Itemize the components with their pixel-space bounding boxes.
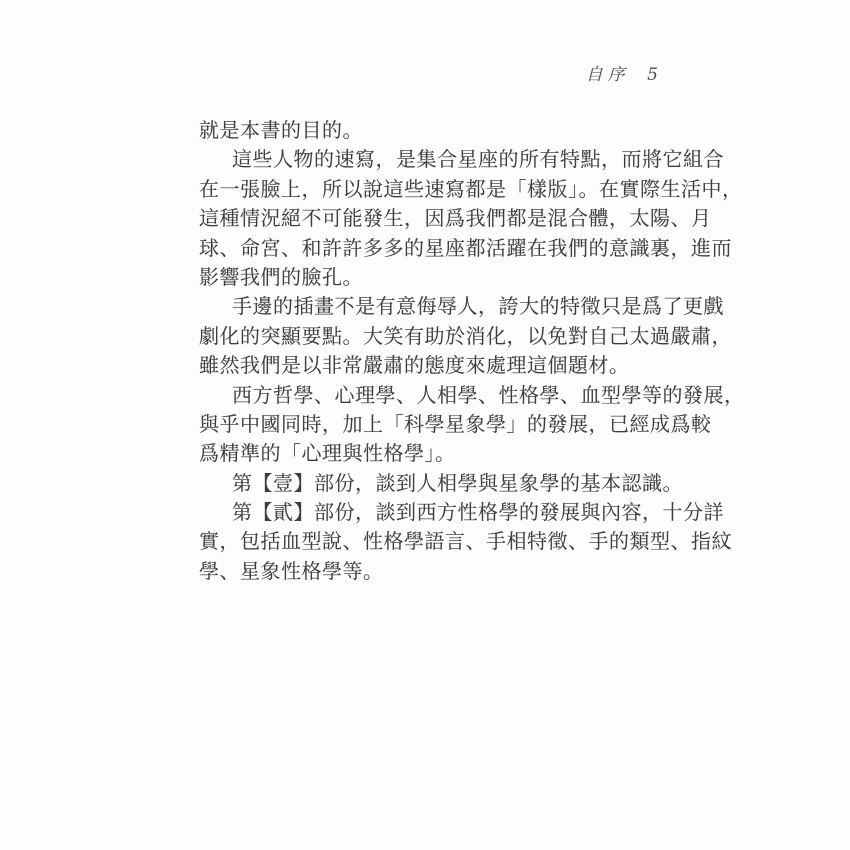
text-line: 第【壹】部份，談到人相學與星象學的基本認識。 (199, 469, 669, 498)
text-line: 爲精準的「心理與性格學」。 (199, 439, 669, 468)
text-line: 就是本書的目的。 (199, 116, 669, 145)
text-line: 西方哲學、心理學、人相學、性格學、血型學等的發展， (199, 381, 669, 410)
text-line: 與乎中國同時，加上「科學星象學」的發展，已經成爲較 (199, 410, 669, 439)
text-line: 這些人物的速寫，是集合星座的所有特點，而將它組合 (199, 145, 669, 174)
text-line: 第【貳】部份，談到西方性格學的發展與內容，十分詳 (199, 498, 669, 527)
text-line: 學、星象性格學等。 (199, 557, 669, 586)
text-line: 實，包括血型說、性格學語言、手相特徵、手的類型、指紋 (199, 527, 669, 556)
text-line: 球、命宮、和許許多多的星座都活躍在我們的意識裏，進而 (199, 234, 669, 263)
text-line: 影響我們的臉孔。 (199, 263, 669, 292)
text-line: 手邊的插畫不是有意侮辱人，誇大的特徵只是爲了更戲 (199, 292, 669, 321)
text-line: 劇化的突顯要點。大笑有助於消化，以免對自己太過嚴肅， (199, 322, 669, 351)
text-line: 雖然我們是以非常嚴肅的態度來處理這個題材。 (199, 351, 669, 380)
text-line: 這種情況絕不可能發生，因爲我們都是混合體，太陽、月 (199, 204, 669, 233)
section-title: 自序 (586, 65, 630, 85)
book-page: 自序 5 就是本書的目的。這些人物的速寫，是集合星座的所有特點，而將它組合在一張… (0, 0, 850, 850)
page-number: 5 (647, 65, 658, 85)
page-header: 自序 5 (0, 60, 658, 85)
text-line: 在一張臉上，所以說這些速寫都是「樣版」。在實際生活中， (199, 175, 669, 204)
body-text: 就是本書的目的。這些人物的速寫，是集合星座的所有特點，而將它組合在一張臉上，所以… (199, 116, 669, 586)
